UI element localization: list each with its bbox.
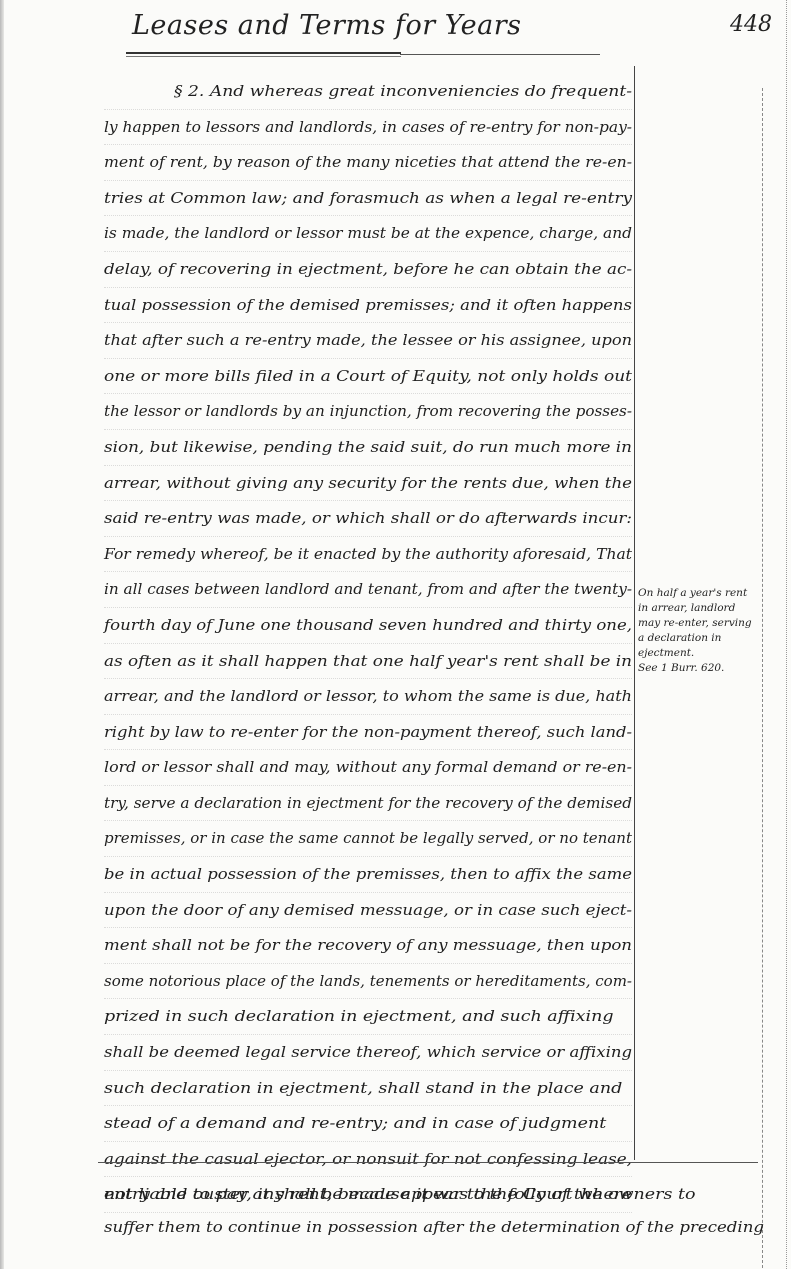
text-line: be in actual possession of the premisses… — [104, 857, 632, 893]
text-line: shall be deemed legal service thereof, w… — [104, 1035, 632, 1071]
text-line: ly happen to lessors and landlords, in c… — [104, 110, 632, 146]
text-line: lord or lessor shall and may, without an… — [104, 750, 632, 786]
footnote-line: not liable to pay any rent, because it w… — [104, 1178, 764, 1211]
title-underline — [126, 52, 401, 54]
text-line: tries at Common law; and forasmuch as wh… — [104, 181, 632, 217]
text-line: said re-entry was made, or which shall o… — [104, 501, 632, 537]
text-line: the lessor or landlords by an injunction… — [104, 394, 632, 430]
text-line: against the casual ejector, or nonsuit f… — [104, 1142, 632, 1178]
text-line: delay, of recovering in ejectment, befor… — [104, 252, 632, 288]
title-underline-secondary — [126, 56, 401, 57]
text-line: such declaration in ejectment, shall sta… — [104, 1071, 632, 1107]
footnote-divider — [98, 1162, 758, 1163]
text-line: tual possession of the demised premisses… — [104, 288, 632, 324]
text-line: fourth day of June one thousand seven hu… — [104, 608, 632, 644]
text-line: sion, but likewise, pending the said sui… — [104, 430, 632, 466]
marginal-note-line: in arrear, landlord — [638, 601, 758, 616]
text-line: right by law to re-enter for the non-pay… — [104, 715, 632, 751]
text-line: ment of rent, by reason of the many nice… — [104, 145, 632, 181]
page-edge-shadow — [0, 0, 4, 1269]
marginal-note-line: may re-enter, serving — [638, 616, 758, 631]
marginal-note-line: On half a year's rent — [638, 586, 758, 601]
footnote-line: suffer them to continue in possession af… — [104, 1211, 764, 1244]
marginal-note-line: ejectment. — [638, 646, 758, 661]
text-line: try, serve a declaration in ejectment fo… — [104, 786, 632, 822]
marginal-note-line: a declaration in — [638, 631, 758, 646]
text-line: § 2. And whereas great inconveniencies d… — [104, 74, 632, 110]
text-line: is made, the landlord or lessor must be … — [104, 216, 632, 252]
title-rule-extension — [400, 54, 600, 55]
text-line: one or more bills filed in a Court of Eq… — [104, 359, 632, 395]
text-line: For remedy whereof, be it enacted by the… — [104, 537, 632, 573]
text-line: premisses, or in case the same cannot be… — [104, 821, 632, 857]
text-line: stead of a demand and re-entry; and in c… — [104, 1106, 632, 1142]
text-line: arrear, and the landlord or lessor, to w… — [104, 679, 632, 715]
footnote-text: not liable to pay any rent, because it w… — [104, 1178, 764, 1244]
text-line: that after such a re-entry made, the les… — [104, 323, 632, 359]
text-line: arrear, without giving any security for … — [104, 466, 632, 502]
marginal-note-line: See 1 Burr. 620. — [638, 661, 758, 676]
text-line: as often as it shall happen that one hal… — [104, 644, 632, 680]
text-line: prized in such declaration in ejectment,… — [104, 999, 632, 1035]
outer-margin-rule — [762, 88, 763, 1268]
margin-rule — [634, 66, 635, 1160]
text-line: ment shall not be for the recovery of an… — [104, 928, 632, 964]
manuscript-page: Leases and Terms for Years 448 § 2. And … — [0, 0, 791, 1269]
page-number: 448 — [730, 12, 772, 37]
page-title: Leases and Terms for Years — [132, 10, 522, 41]
text-line: upon the door of any demised messuage, o… — [104, 893, 632, 929]
text-line: some notorious place of the lands, tenem… — [104, 964, 632, 1000]
text-line: in all cases between landlord and tenant… — [104, 572, 632, 608]
body-text: § 2. And whereas great inconveniencies d… — [104, 74, 632, 1213]
marginal-note: On half a year's rent in arrear, landlor… — [638, 586, 758, 676]
page-edge-rule — [786, 0, 787, 1269]
